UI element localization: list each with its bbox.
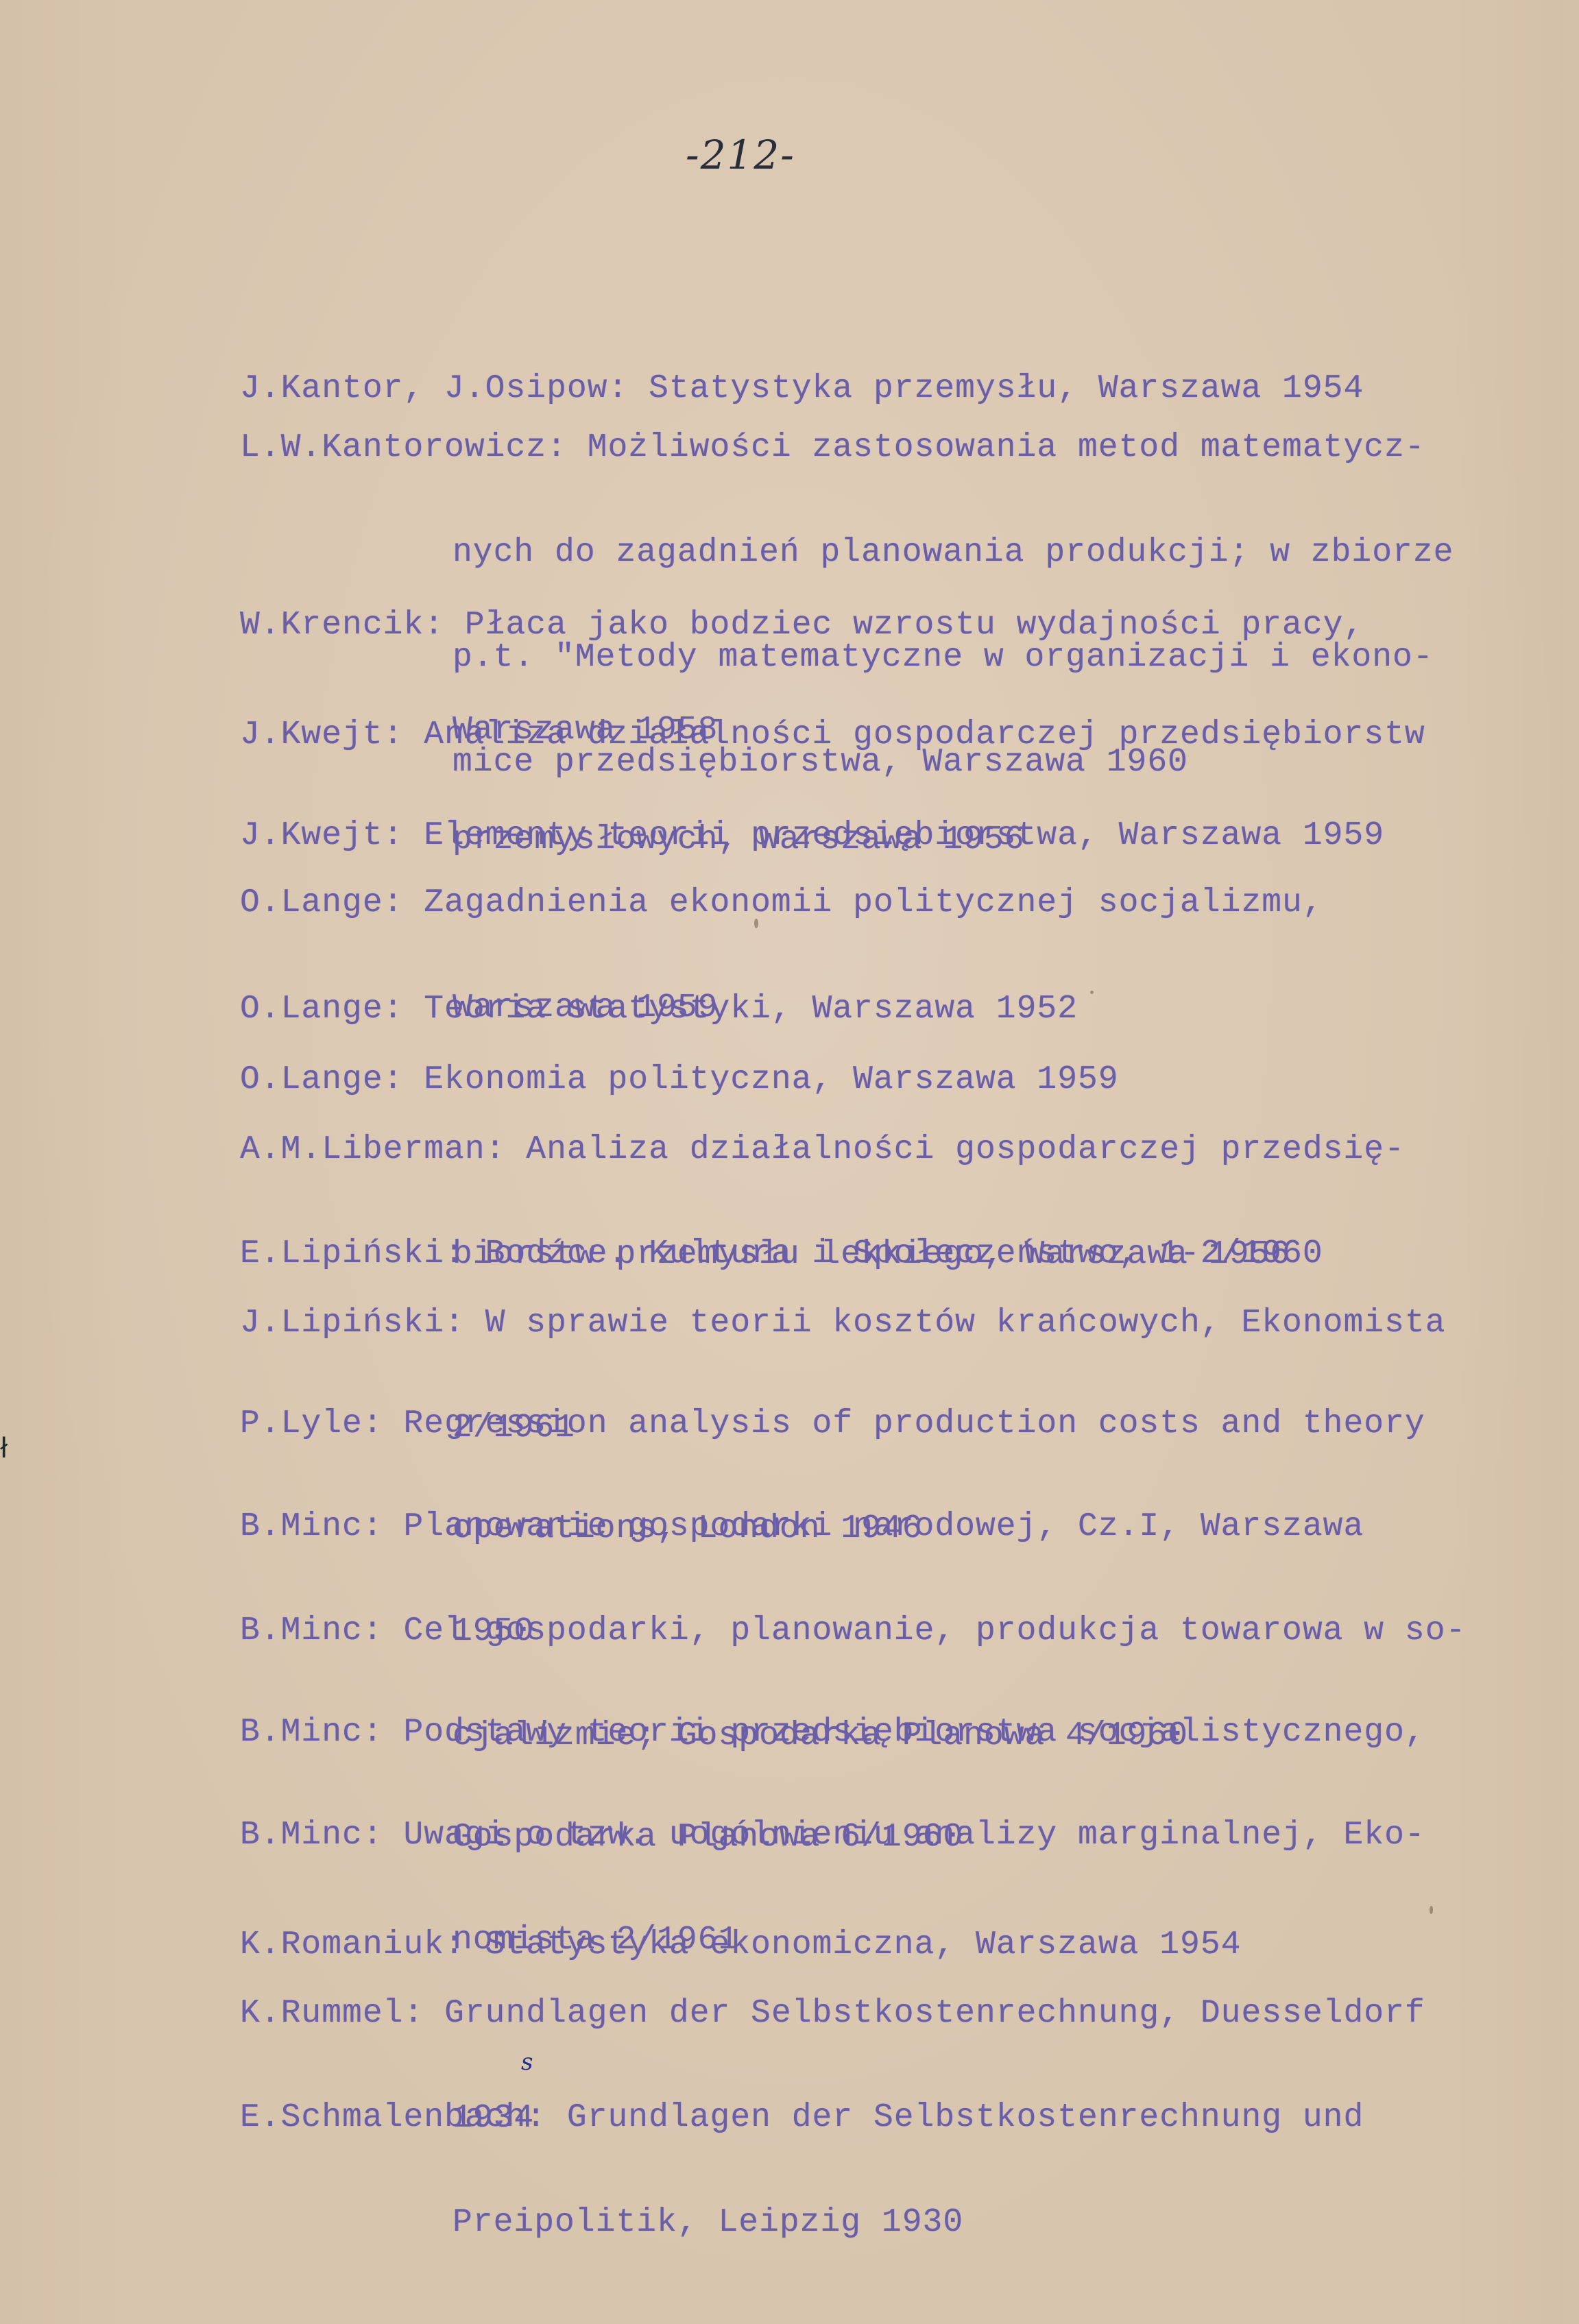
entry-title: Zagadnienia ekonomii politycznej socjali…	[424, 884, 1323, 921]
entry-author: B.Minc:	[240, 1508, 383, 1545]
entry-author: B.Minc:	[240, 1612, 383, 1649]
entry-title: Podstawy teorii przedsiębiorstwa socjali…	[403, 1714, 1425, 1751]
handwritten-correction: s	[521, 2048, 533, 2076]
entry-author: L.W.Kantorowicz:	[240, 429, 567, 466]
paper-speck	[754, 919, 758, 928]
entry-author: B.Minc:	[240, 1714, 383, 1751]
page-number: -212-	[686, 132, 795, 178]
paper-speck	[1430, 1906, 1433, 1914]
entry-title: Płaca jako bodziec wzrostu wydajności pr…	[465, 607, 1364, 644]
entry-author: J.Kwejt:	[240, 716, 403, 753]
entry-title: Uwagi o tzw. uogólnieniu analizy margina…	[403, 1817, 1425, 1854]
entry-title: Analiza działalności gospodarczej przeds…	[526, 1131, 1405, 1168]
entry-author: W.Krencik:	[240, 607, 444, 644]
entry-title: Możliwości zastosowania metod matematycz…	[588, 429, 1425, 466]
entry-author: J.Lipiński:	[240, 1305, 465, 1342]
margin-punch-mark: ł	[0, 1433, 14, 1460]
entry-title: Cel gospodarki, planowanie, produkcja to…	[403, 1612, 1466, 1649]
entry-title: Grundlagen der Selbstkostenrechnung und	[567, 2099, 1364, 2136]
entry-author: O.Lange:	[240, 884, 403, 921]
entry-author: B.Minc:	[240, 1817, 383, 1854]
entry-author: K.Rummel:	[240, 1995, 424, 2032]
entry-title: Planowanie gospodarki narodowej, Cz.I, W…	[403, 1508, 1364, 1545]
entry-title: W sprawie teorii kosztów krańcowych, Eko…	[485, 1305, 1446, 1342]
bibliography-entry: E.Schmalenbach: Grundlagen der Selbstkos…	[240, 2031, 1364, 2310]
paper-speck	[1090, 991, 1094, 994]
entry-continuation: Preipolitik, Leipzig 1930	[240, 2205, 1364, 2240]
entry-title: Analiza działalności gospodarczej przeds…	[424, 716, 1425, 753]
entry-title: Grundlagen der Selbstkostenrechnung, Due…	[444, 1995, 1425, 2032]
entry-author: A.M.Liberman:	[240, 1131, 505, 1168]
entry-title: Regression analysis of production costs …	[403, 1405, 1425, 1442]
entry-author: P.Lyle:	[240, 1405, 383, 1442]
entry-author: E.Schmalenbach:	[240, 2099, 546, 2136]
